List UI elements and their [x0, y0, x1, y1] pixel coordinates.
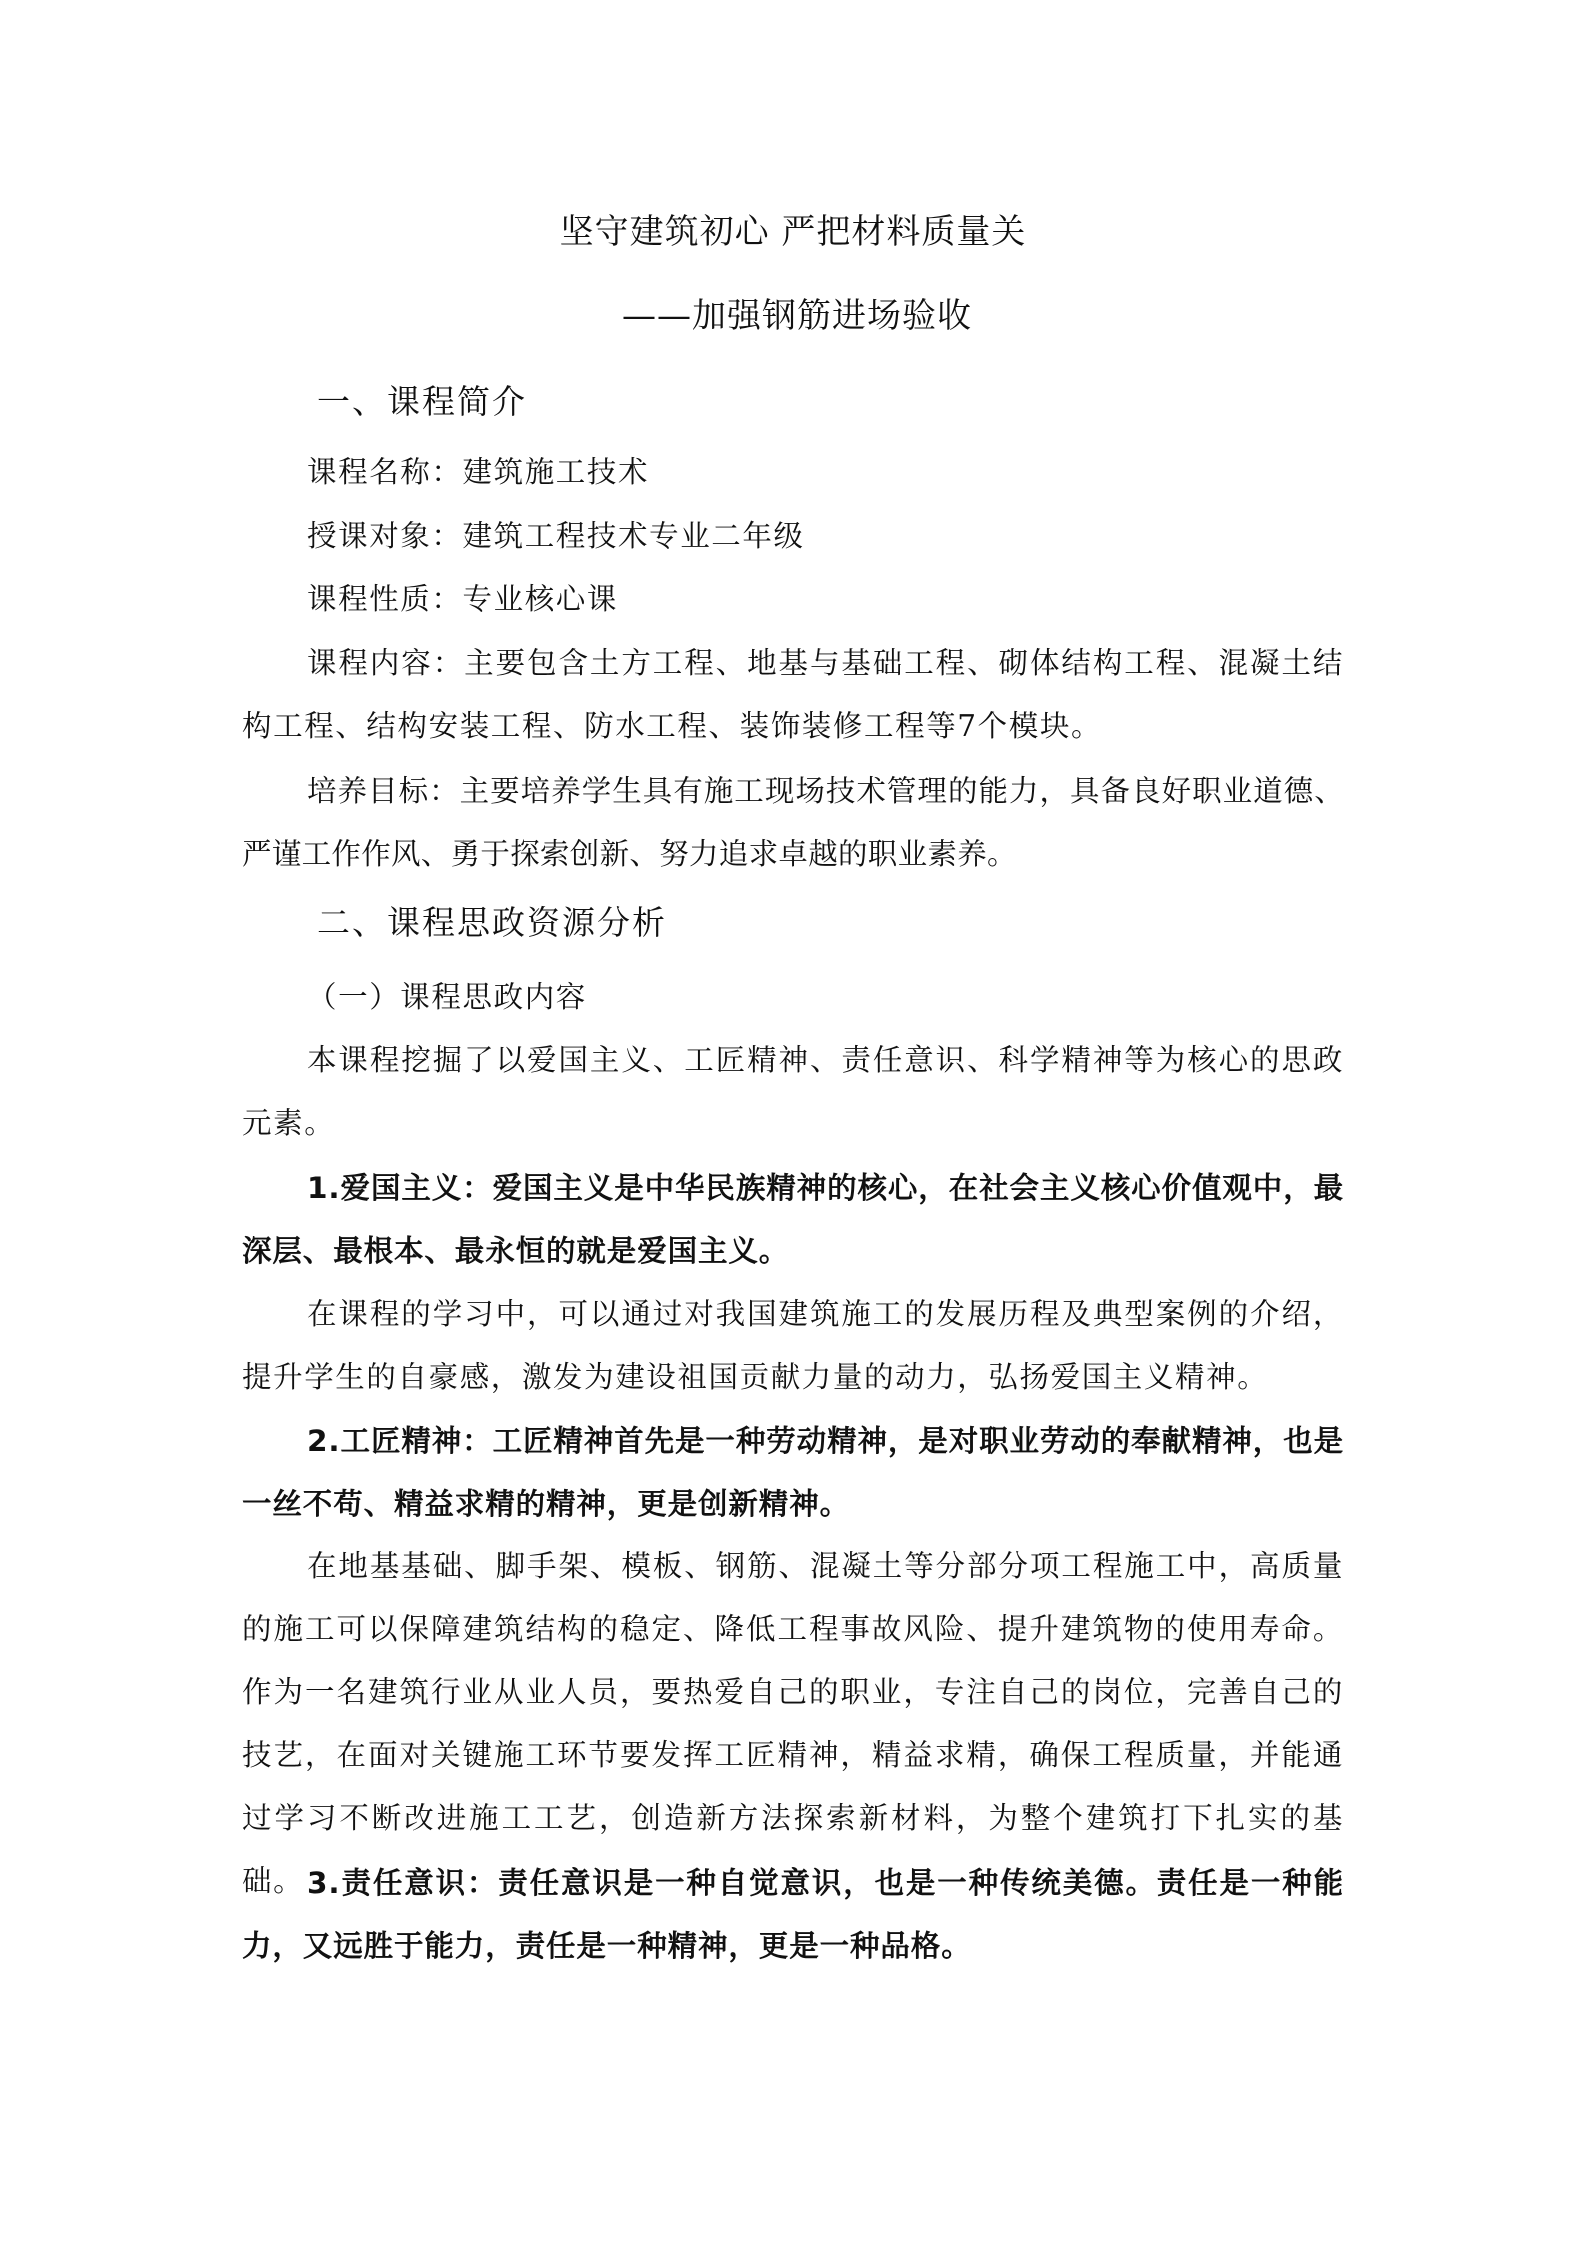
course-name-line: 课程名称：建筑施工技术	[307, 452, 649, 492]
course-nature-line: 课程性质：专业核心课	[307, 579, 618, 619]
training-goal-paragraph: 培养目标：主要培养学生具有施工现场技术管理的能力，具备良好职业道德、严谨工作作风…	[242, 760, 1344, 886]
subheading-ideology-content: （一）课程思政内容	[307, 977, 587, 1017]
document-title: 坚守建筑初心 严把材料质量关	[242, 212, 1344, 252]
section-heading-ideology-analysis: 二、课程思政资源分析	[317, 903, 667, 943]
item-patriotism-body: 在课程的学习中，可以通过对我国建筑施工的发展历程及典型案例的介绍，提升学生的自豪…	[242, 1283, 1344, 1409]
course-audience-line: 授课对象：建筑工程技术专业二年级	[307, 516, 805, 556]
item-patriotism-title: 1.爱国主义：爱国主义是中华民族精神的核心，在社会主义核心价值观中，最深层、最根…	[242, 1157, 1344, 1283]
item-craftsmanship-title: 2.工匠精神：工匠精神首先是一种劳动精神，是对职业劳动的奉献精神，也是一丝不苟、…	[242, 1410, 1344, 1536]
section-heading-course-intro: 一、课程简介	[317, 382, 527, 422]
course-content-paragraph: 课程内容：主要包含土方工程、地基与基础工程、砌体结构工程、混凝土结构工程、结构安…	[242, 632, 1344, 758]
document-subtitle: ——加强钢筋进场验收	[242, 296, 1348, 336]
item-responsibility-title: 3.责任意识：责任意识是一种自觉意识，也是一种传统美德。责任是一种能力，又远胜于…	[242, 1852, 1344, 1978]
intro-paragraph: 本课程挖掘了以爱国主义、工匠精神、责任意识、科学精神等为核心的思政元素。	[242, 1029, 1344, 1155]
